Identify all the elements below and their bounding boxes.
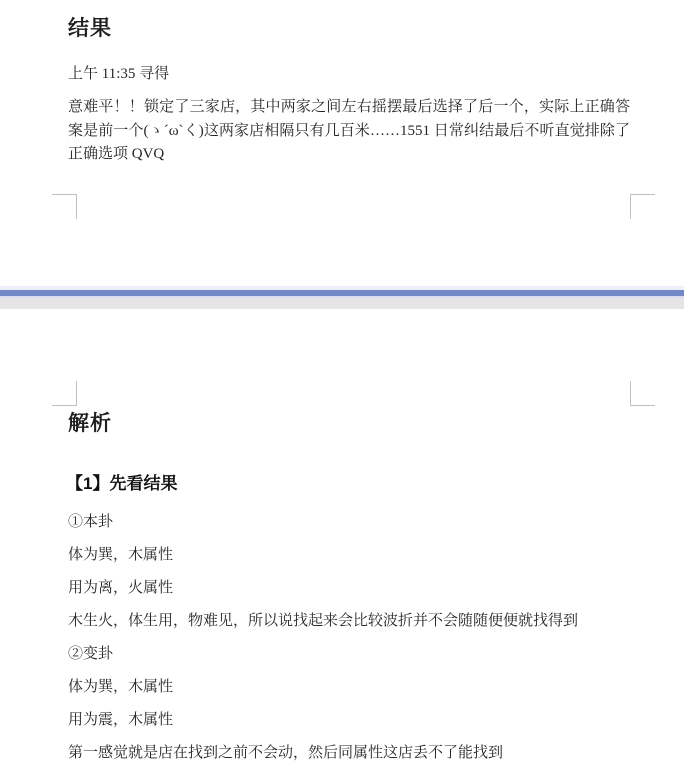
- page1-heading-result: 结果: [68, 15, 112, 41]
- page-gap-band: [0, 298, 684, 309]
- page1-bottom-right-margin-mark: [630, 194, 655, 219]
- page1-bottom-left-margin-mark: [52, 194, 77, 219]
- document-view: 结果 上午 11:35 寻得 意难平！！锁定了三家店，其中两家之间左右摇摆最后选…: [0, 0, 684, 773]
- page2-top-left-margin-mark: [52, 381, 77, 406]
- page2-top-right-margin-mark: [630, 381, 655, 406]
- body-line: ②变卦: [68, 644, 648, 664]
- body-line: 体为巽，木属性: [68, 545, 648, 565]
- body-line: ①本卦: [68, 512, 648, 532]
- body-line: 用为震，木属性: [68, 710, 648, 730]
- page2-heading-analysis: 解析: [68, 410, 112, 436]
- page1-meta-time-line: 上午 11:35 寻得: [68, 64, 169, 84]
- body-line: 体为巽，木属性: [68, 677, 648, 697]
- body-line: 木生火，体生用，物难见，所以说找起来会比较波折并不会随随便便就找得到: [68, 611, 648, 631]
- page2-body-text: ①本卦 体为巽，木属性 用为离，火属性 木生火，体生用，物难见，所以说找起来会比…: [68, 512, 648, 773]
- page1-paragraph: 意难平！！锁定了三家店，其中两家之间左右摇摆最后选择了后一个，实际上正确答案是前…: [68, 96, 630, 167]
- body-line: 用为离，火属性: [68, 578, 648, 598]
- body-line: 第一感觉就是店在找到之前不会动，然后同属性这店丢不了能找到: [68, 743, 648, 763]
- page2-subheading-first-look-result: 【1】先看结果: [66, 473, 177, 495]
